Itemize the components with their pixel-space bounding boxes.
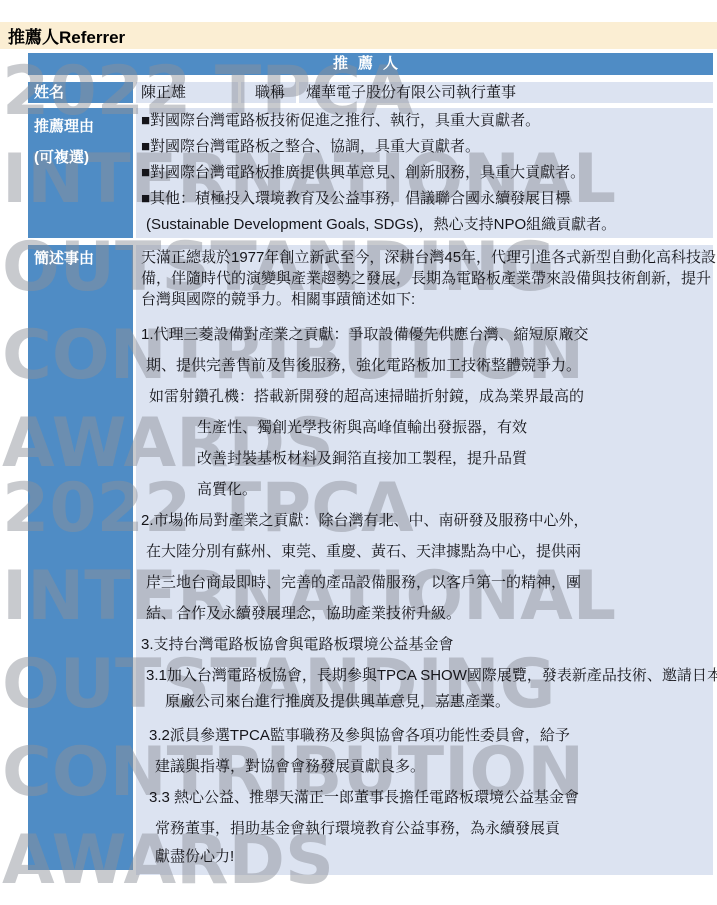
brief-line: 3.1加入台灣電路板協會，長期參與TPCA SHOW國際展覽，發表新產品技術、邀… — [141, 660, 713, 691]
table-header: 推薦人 — [28, 53, 713, 75]
brief-line: 天滿正總裁於1977年創立新武至今，深耕台灣45年，代理引進各式新型自動化高科技… — [141, 247, 713, 268]
brief-line: 3.支持台灣電路板協會與電路板環境公益基金會 — [141, 629, 713, 660]
reason-item: ■對國際台灣電路板推廣提供興革意見、創新服務，具重大貢獻者。 — [141, 160, 709, 186]
reasons-label-line1: 推薦理由 — [34, 111, 94, 142]
brief-line: 如雷射鑽孔機：搭載新開發的超高速掃瞄折射鏡，成為業界最高的 — [141, 381, 713, 412]
brief-line: 岸三地台商最即時、完善的產品設備服務，以客戶第一的精神，團 — [141, 567, 713, 598]
brief-label-cell-bg — [28, 245, 133, 870]
reasons-label: 推薦理由 (可複選) — [34, 111, 94, 173]
brief-line: 高質化。 — [141, 474, 713, 505]
name-value: 陳正雄 — [141, 82, 186, 103]
brief-line: 原廠公司來台進行推廣及提供興革意見，嘉惠產業。 — [141, 691, 713, 713]
reason-item: (Sustainable Development Goals, SDGs)，熱心… — [141, 212, 709, 238]
section-title: 推薦人Referrer — [0, 23, 125, 48]
reason-item: ■對國際台灣電路板之整合、協調，具重大貢獻者。 — [141, 134, 709, 160]
brief-line: 建議與指導，對協會會務發展貢獻良多。 — [141, 751, 713, 782]
brief-line: 獻盡份心力! — [141, 844, 713, 870]
section-title-strip: 推薦人Referrer — [0, 22, 717, 49]
brief-line: 在大陸分別有蘇州、東莞、重慶、黃石、天津據點為中心，提供兩 — [141, 536, 713, 567]
brief-line: 台灣與國際的競爭力。相關事蹟簡述如下: — [141, 289, 713, 310]
brief-line: 期、提供完善售前及售後服務，強化電路板加工技術整體競爭力。 — [141, 350, 713, 381]
brief-label: 簡述事由 — [34, 248, 94, 269]
brief-line: 2.市場佈局對產業之貢獻：除台灣有北、中、南研發及服務中心外， — [141, 505, 713, 536]
brief-line: 生產性、獨創光學技術與高峰值輸出發振器，有效 — [141, 412, 713, 443]
job-title-label: 職稱 — [255, 82, 285, 103]
document-page: 2022 TPCA INTERNATIONAL OUTSTANDING CONT… — [0, 0, 717, 905]
brief-line: 備，伴隨時代的演變與產業趨勢之發展，長期為電路板產業帶來設備與技術創新，提升 — [141, 268, 713, 289]
reasons-content: ■對國際台灣電路板技術促進之推行、執行，具重大貢獻者。 ■對國際台灣電路板之整合… — [141, 108, 709, 238]
brief-line: 結、合作及永續發展理念，協助產業技術升級。 — [141, 598, 713, 629]
brief-line: 改善封裝基板材料及銅箔直接加工製程，提升品質 — [141, 443, 713, 474]
reason-item: ■其他：積極投入環境教育及公益事務，倡議聯合國永續發展目標 — [141, 186, 709, 212]
reasons-label-line2: (可複選) — [34, 142, 94, 173]
job-title-value: 燿華電子股份有限公司執行董事 — [306, 82, 516, 103]
name-label: 姓名 — [34, 82, 64, 103]
brief-line: 常務董事，捐助基金會執行環境教育公益事務，為永續發展貢 — [141, 813, 713, 844]
reason-item: ■對國際台灣電路板技術促進之推行、執行，具重大貢獻者。 — [141, 108, 709, 134]
brief-line: 3.3 熱心公益、推舉天滿正一郎董事長擔任電路板環境公益基金會 — [141, 782, 713, 813]
brief-content: 天滿正總裁於1977年創立新武至今，深耕台灣45年，代理引進各式新型自動化高科技… — [141, 245, 713, 877]
brief-line: 3.2派員參選TPCA監事職務及參與協會各項功能性委員會，給予 — [141, 720, 713, 751]
brief-line: 1.代理三菱設備對產業之貢獻：爭取設備優先供應台灣、縮短原廠交 — [141, 319, 713, 350]
